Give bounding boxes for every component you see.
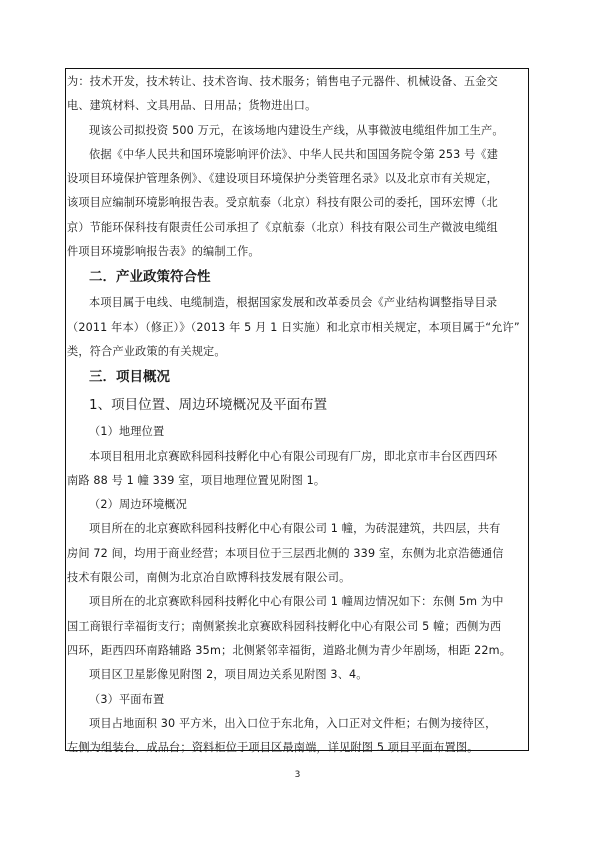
legal-basis-line-2: 设项目环境保护管理条例》、《建设项目环境保护分类管理名录》以及北京市有关规定， <box>67 167 527 191</box>
surroundings-line-1: 项目所在的北京赛欧科园科技孵化中心有限公司 1 幢，为砖混建筑，共四层，共有 <box>67 517 527 541</box>
neighbors-line-3: 四环，距西四环南路辅路 35m；北侧紧邻幸福街，道路北侧为青少年剧场，相距 22… <box>67 639 527 663</box>
section-heading-industrial-policy: 二．产业政策符合性 <box>67 264 527 291</box>
figures-reference: 项目区卫星影像见附图 2，项目周边关系见附图 3、4。 <box>67 663 527 687</box>
legal-basis-line-3: 该项目应编制环境影响报告表。受京航泰（北京）科技有限公司的委托，国环宏博（北 <box>67 191 527 215</box>
neighbors-line-1: 项目所在的北京赛欧科园科技孵化中心有限公司 1 幢周边情况如下：东侧 5m 为中 <box>67 590 527 614</box>
legal-basis-line-5: 件项目环境影响报告表》的编制工作。 <box>67 240 527 264</box>
surroundings-line-3: 技术有限公司，南侧为北京冶自欧博科技发展有限公司。 <box>67 566 527 590</box>
location-line-1: 本项目租用北京赛欧科园科技孵化中心有限公司现有厂房，即北京市丰台区西四环 <box>67 445 527 469</box>
surroundings-line-2: 房间 72 间，均用于商业经营；本项目位于三层西北侧的 339 室，东侧为北京浩… <box>67 542 527 566</box>
business-scope-line-1: 为：技术开发，技术转让、技术咨询、技术服务；销售电子元器件、机械设备、五金交 <box>67 70 527 94</box>
investment-paragraph: 现该公司拟投资 500 万元，在该场地内建设生产线，从事微波电缆组件加工生产。 <box>67 119 527 143</box>
label-floor-plan: （3）平面布置 <box>67 688 527 712</box>
subsection-heading-location: 1、项目位置、周边环境概况及平面布置 <box>67 391 527 420</box>
legal-basis-line-4: 京）节能环保科技有限责任公司承担了《京航泰（北京）科技有限公司生产微波电缆组 <box>67 216 527 240</box>
page-number: 3 <box>0 770 595 780</box>
label-geographic-location: （1）地理位置 <box>67 420 527 444</box>
section-heading-project-overview: 三．项目概况 <box>67 364 527 391</box>
policy-line-3: 类，符合产业政策的有关规定。 <box>67 340 527 364</box>
document-body: 为：技术开发，技术转让、技术咨询、技术服务；销售电子元器件、机械设备、五金交 电… <box>67 70 527 760</box>
business-scope-line-2: 电、建筑材料、文具用品、日用品；货物进出口。 <box>67 94 527 118</box>
policy-line-1: 本项目属于电线、电缆制造，根据国家发展和改革委员会《产业结构调整指导目录 <box>67 291 527 315</box>
policy-line-2: （2011 年本）（修正）》（2013 年 5 月 1 日实施）和北京市相关规定… <box>67 316 527 340</box>
location-line-2: 南路 88 号 1 幢 339 室，项目地理位置见附图 1。 <box>67 469 527 493</box>
floor-plan-line-1: 项目占地面积 30 平方米，出入口位于东北角，入口正对文件柜；右侧为接待区， <box>67 712 527 736</box>
neighbors-line-2: 国工商银行幸福街支行；南侧紧挨北京赛欧科园科技孵化中心有限公司 5 幢；西侧为西 <box>67 615 527 639</box>
legal-basis-line-1: 依据《中华人民共和国环境影响评价法》、中华人民共和国国务院令第 253 号《建 <box>67 143 527 167</box>
floor-plan-line-2: 左侧为组装台、成品台；资料柜位于项目区最南端，详见附图 5 项目平面布置图。 <box>67 736 527 760</box>
label-surroundings: （2）周边环境概况 <box>67 493 527 517</box>
